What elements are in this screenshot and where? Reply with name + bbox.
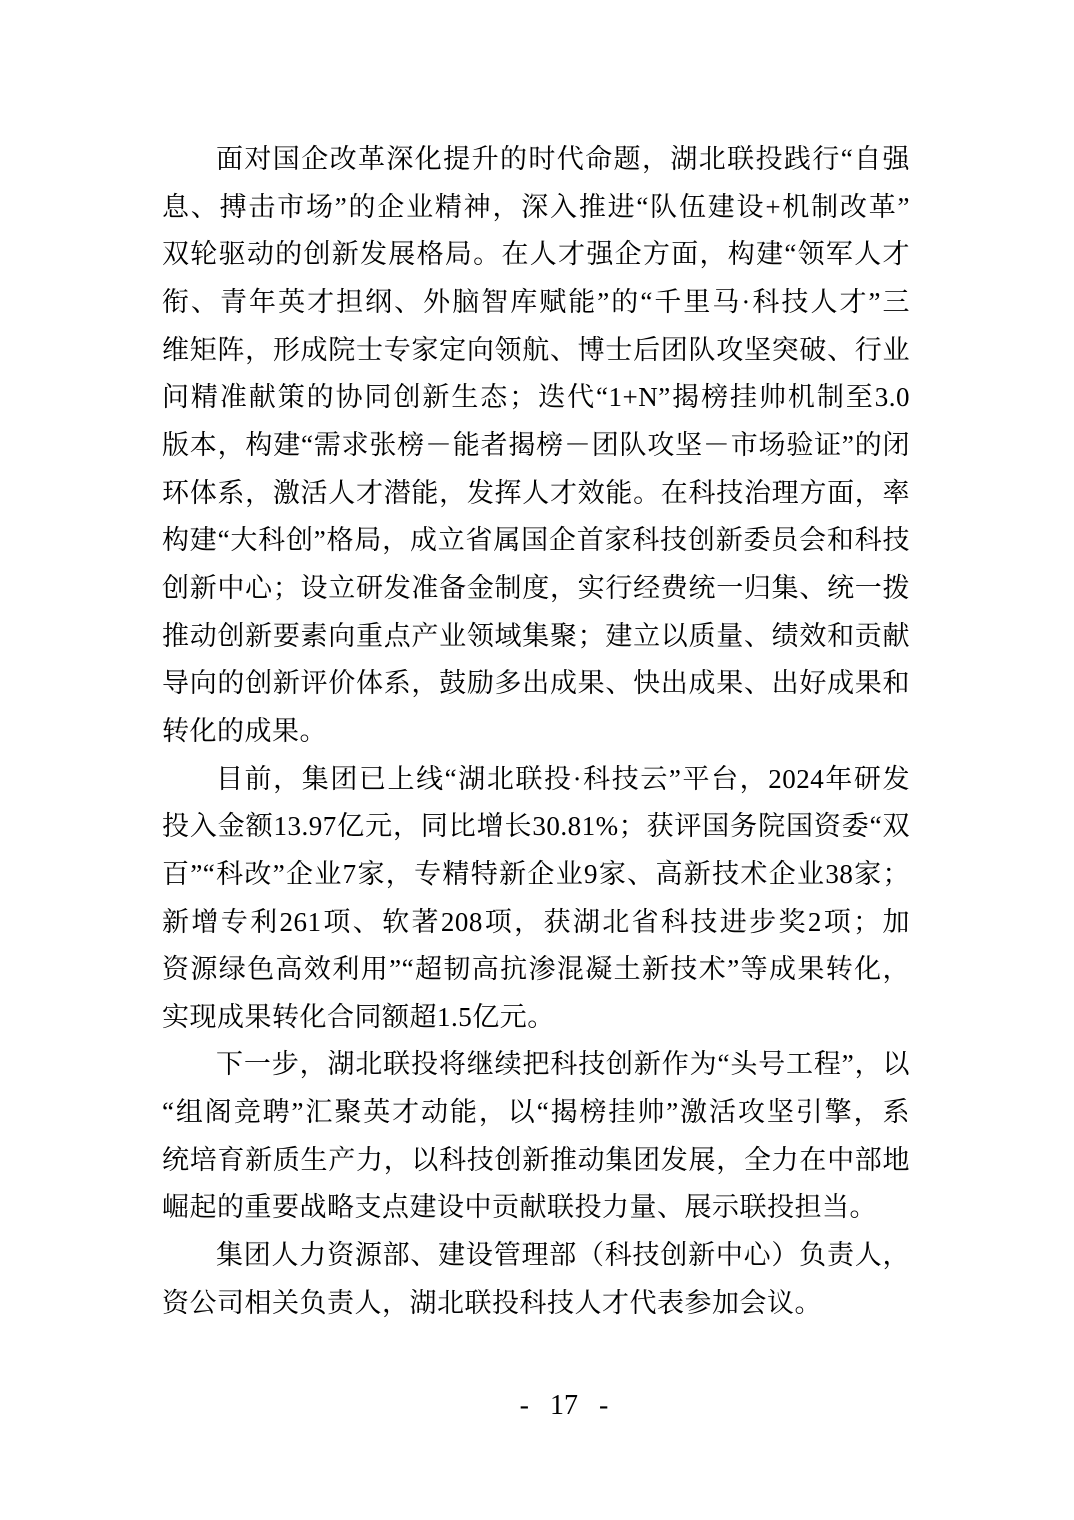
text-line: 导向的创新评价体系，鼓励多出成果、快出成果、出好成果和可 (162, 660, 910, 708)
text-line: 息、搏击市场”的企业精神，深入推进“队伍建设+机制改革” (162, 184, 910, 232)
text-line: 投入金额13.97亿元，同比增长30.81%；获评国务院国资委“双 (162, 803, 910, 851)
document-page: 面对国企改革深化提升的时代命题，湖北联投践行“自强不息、搏击市场”的企业精神，深… (0, 0, 1074, 1520)
text-line: 百”“科改”企业7家，专精特新企业9家、高新技术企业38家； (162, 851, 910, 899)
text-line: 资源绿色高效利用”“超韧高抗渗混凝土新技术”等成果转化， (162, 946, 910, 994)
text-line: 集团人力资源部、建设管理部（科技创新中心）负责人，出 (162, 1232, 910, 1280)
text-line: 版本，构建“需求张榜－能者揭榜－团队攻坚－市场验证”的闭 (162, 422, 910, 470)
text-line: 统培育新质生产力，以科技创新推动集团发展，全力在中部地区 (162, 1137, 910, 1185)
text-line: 实现成果转化合同额超1.5亿元。 (162, 994, 910, 1042)
text-line: 转化的成果。 (162, 708, 910, 756)
text-line: “组阁竞聘”汇聚英才动能，以“揭榜挂帅”激活攻坚引擎，系 (162, 1089, 910, 1137)
document-body: 面对国企改革深化提升的时代命题，湖北联投践行“自强不息、搏击市场”的企业精神，深… (162, 136, 910, 1327)
page-number: - 17 - (27, 1390, 1074, 1422)
text-line: 新增专利261项、软著208项，获湖北省科技进步奖2项；加速“磷 (162, 899, 910, 947)
text-line: 衔、青年英才担纲、外脑智库赋能”的“千里马·科技人才”三 (162, 279, 910, 327)
text-line: 目前，集团已上线“湖北联投·科技云”平台，2024年研发 (162, 756, 910, 804)
text-line: 推动创新要素向重点产业领域集聚；建立以质量、绩效和贡献为 (162, 613, 910, 661)
text-line: 双轮驱动的创新发展格局。在人才强企方面，构建“领军人才领 (162, 231, 910, 279)
text-line: 下一步，湖北联投将继续把科技创新作为“头号工程”，以 (162, 1041, 910, 1089)
text-line: 构建“大科创”格局，成立省属国企首家科技创新委员会和科技 (162, 517, 910, 565)
text-line: 面对国企改革深化提升的时代命题，湖北联投践行“自强不 (162, 136, 910, 184)
text-line: 资公司相关负责人，湖北联投科技人才代表参加会议。 (162, 1280, 910, 1328)
text-line: 崛起的重要战略支点建设中贡献联投力量、展示联投担当。 (162, 1184, 910, 1232)
text-line: 环体系，激活人才潜能，发挥人才效能。在科技治理方面，率先 (162, 470, 910, 518)
text-line: 问精准献策的协同创新生态；迭代“1+N”揭榜挂帅机制至3.0 (162, 374, 910, 422)
text-line: 创新中心；设立研发准备金制度，实行经费统一归集、统一拨付， (162, 565, 910, 613)
text-line: 维矩阵，形成院士专家定向领航、博士后团队攻坚突破、行业顾 (162, 327, 910, 375)
